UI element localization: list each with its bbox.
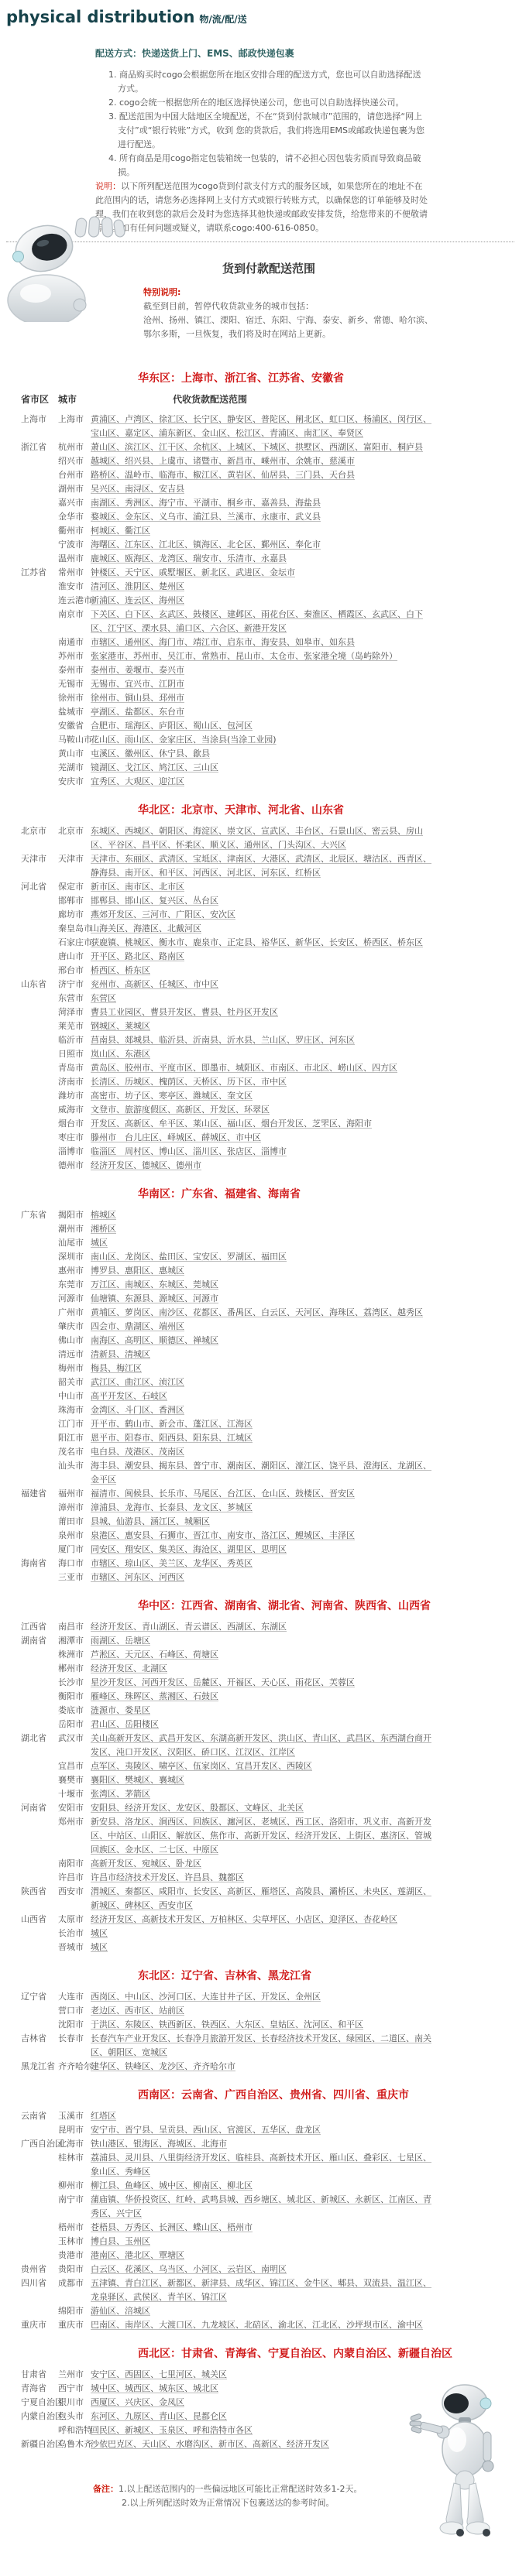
table-row: 娄底市涟源市、娄星区 xyxy=(0,1704,519,1718)
cell-city: 安徽省 xyxy=(58,719,91,733)
cell-province xyxy=(21,1264,58,1278)
cell-regions: 经济开发区、青山湖区、青云谱区、西湖区、东湖区 xyxy=(91,1620,431,1634)
cell-province xyxy=(21,950,58,964)
cell-regions: 回民区、新城区、玉泉区、呼和浩特市各区 xyxy=(91,2424,431,2437)
cell-city: 贵港市 xyxy=(58,2249,91,2263)
page-title-zh: 物/流/配/送 xyxy=(199,14,246,25)
cell-regions: 萧山区、滨江区、江干区、余杭区、上城区、下城区、拱墅区、西湖区、富阳市、桐庐县 xyxy=(91,440,431,454)
cell-province xyxy=(21,1431,58,1445)
cell-regions: 城区 xyxy=(91,1941,431,1954)
cell-regions: 点军区、夷陵区、啸亭区、伍家岗区、宜昌开发区、西陵区 xyxy=(91,1759,431,1773)
cell-regions: 关山高新开发区、武昌开发区、东湖高新开发区、洪山区、青山区、武昌区、东西湖台商开… xyxy=(91,1732,431,1759)
cell-regions: 南海区、高明区、顺德区、禅城区 xyxy=(91,1334,431,1348)
cell-province xyxy=(21,747,58,761)
cell-province xyxy=(21,608,58,635)
cell-city: 银川市 xyxy=(58,2396,91,2410)
cell-city: 南昌市 xyxy=(58,1620,91,1634)
cell-province: 山西省 xyxy=(21,1913,58,1927)
cell-province xyxy=(21,1103,58,1117)
page-title: physical distribution物/流/配/送 xyxy=(0,0,519,26)
cell-province: 黑龙江省 xyxy=(21,2060,58,2074)
cell-province xyxy=(21,2123,58,2137)
cell-city: 德州市 xyxy=(58,1159,91,1173)
cell-province xyxy=(21,580,58,594)
cell-city: 重庆市 xyxy=(58,2318,91,2332)
cell-province: 河南省 xyxy=(21,1801,58,1815)
table-row: 郴州市经济开发区、北湖区 xyxy=(0,1662,519,1676)
cell-province xyxy=(21,1571,58,1584)
cell-province: 辽宁省 xyxy=(21,1990,58,2004)
cell-province xyxy=(21,1543,58,1557)
cell-city: 宁波市 xyxy=(58,538,91,552)
cell-city: 无锡市 xyxy=(58,677,91,691)
cell-regions: 婺城区、金东区、义乌市、浦江县、兰溪市、永康市、武义县 xyxy=(91,510,431,524)
cell-city: 福州市 xyxy=(58,1487,91,1501)
cell-province: 内蒙自治区 xyxy=(21,2410,58,2424)
cell-province xyxy=(21,1718,58,1732)
cell-city: 南宁市 xyxy=(58,2193,91,2221)
cell-province xyxy=(21,468,58,482)
cell-regions: 西岗区、中山区、沙河口区、大连甘井子区、开发区、金州区 xyxy=(91,1990,431,2004)
cell-city: 连云港市 xyxy=(58,594,91,608)
cell-regions: 临淄区 周村区、博山区、淄川区、张店区、淄博市 xyxy=(91,1145,431,1159)
table-row: 邯郸市邯郸县、邯山区、复兴区、丛台区 xyxy=(0,894,519,908)
cell-city: 许昌市 xyxy=(58,1871,91,1885)
cell-province xyxy=(21,1389,58,1403)
cell-city: 郑州市 xyxy=(58,1815,91,1857)
cell-city: 三亚市 xyxy=(58,1571,91,1584)
cell-province: 海南省 xyxy=(21,1557,58,1571)
cell-regions: 博白县、玉州区 xyxy=(91,2235,431,2249)
robot-mascot-peeking-icon xyxy=(2,214,133,322)
table-row: 泉州市泉港区、惠安县、石狮市、晋江市、南安市、洛江区、鲤城区、丰泽区 xyxy=(0,1529,519,1543)
cell-regions: 渭城区、秦都区、咸阳市、长安区、高新区、雁塔区、高陵县、灞桥区、未央区、莲湖区、… xyxy=(91,1885,431,1913)
cell-city: 南通市 xyxy=(58,635,91,649)
cell-province: 四川省 xyxy=(21,2276,58,2304)
table-row: 岳阳市君山区、岳阳楼区 xyxy=(0,1718,519,1732)
note-label: 说明： xyxy=(95,181,121,191)
cell-province xyxy=(21,1117,58,1131)
cell-city: 太原市 xyxy=(58,1913,91,1927)
cell-province xyxy=(21,1941,58,1954)
cell-regions: 黄浦区、卢湾区、徐汇区、长宁区、静安区、普陀区、闸北区、虹口区、杨浦区、闵行区、… xyxy=(91,413,431,440)
table-row: 南京市下关区、白下区、玄武区、鼓楼区、建邺区、雨花台区、秦淮区、栖霞区、玄武区、… xyxy=(0,608,519,635)
cell-province xyxy=(21,691,58,705)
table-row: 漳州市漳浦县、龙海市、长泰县、龙文区、芗城区 xyxy=(0,1501,519,1515)
cell-province xyxy=(21,1676,58,1690)
table-row: 珠海市金湾区、斗门区、香洲区 xyxy=(0,1403,519,1417)
table-row: 无锡市无锡市、宜兴市、江阴市 xyxy=(0,677,519,691)
table-row: 枣庄市滕州市 台儿庄区、峄城区、薛城区、市中区 xyxy=(0,1131,519,1145)
table-row: 潍坊市高密市、坊子区、寒亭区、潍城区、奎文区 xyxy=(0,1089,519,1103)
cell-regions: 县城、仙游县、涵江区、城厢区 xyxy=(91,1515,431,1529)
table-row: 潮州市湘桥区 xyxy=(0,1222,519,1236)
cell-regions: 钟楼区、天宁区、戚墅堰区、新北区、武进区、金坛市 xyxy=(91,566,431,580)
cell-province xyxy=(21,496,58,510)
cell-city: 武汉市 xyxy=(58,1732,91,1759)
cell-regions: 开平市、鹤山市、新会市、蓬江区、江海区 xyxy=(91,1417,431,1431)
table-row: 泰州市泰州市、姜堰市、泰兴市 xyxy=(0,663,519,677)
cell-regions: 白云区、花溪区、乌当区、小河区、云岩区、南明区 xyxy=(91,2263,431,2276)
table-row: 株洲市芦淞区、天元区、石峰区、荷塘区 xyxy=(0,1648,519,1662)
table-row: 宜昌市点军区、夷陵区、啸亭区、伍家岗区、宜昌开发区、西陵区 xyxy=(0,1759,519,1773)
cell-city: 梅州市 xyxy=(58,1362,91,1375)
cell-regions: 高平开发区、石岐区 xyxy=(91,1389,431,1403)
cell-regions: 高密市、坊子区、寒亭区、潍城区、奎文区 xyxy=(91,1089,431,1103)
cell-regions: 清河区、淮阴区、楚州区 xyxy=(91,580,431,594)
table-row: 济南市长清区、历城区、槐荫区、天桥区、历下区、市中区 xyxy=(0,1075,519,1089)
cell-province: 吉林省 xyxy=(21,2032,58,2060)
cell-city: 济宁市 xyxy=(58,978,91,992)
robot-mascot-standing-icon xyxy=(409,2381,514,2540)
cell-city: 韶关市 xyxy=(58,1375,91,1389)
cell-regions: 曹县工业园区、曹县开发区、曹县、牡丹区开发区 xyxy=(91,1005,431,1019)
cell-province xyxy=(21,1648,58,1662)
cell-regions: 博罗县、惠阳区、惠城区 xyxy=(91,1264,431,1278)
cell-province: 北京市 xyxy=(21,824,58,852)
cell-province xyxy=(21,1759,58,1773)
cell-province xyxy=(21,1362,58,1375)
cell-province xyxy=(21,2151,58,2179)
cell-regions: 苍梧县、万秀区、长洲区、蝶山区、梧州市 xyxy=(91,2221,431,2235)
cell-city: 西安市 xyxy=(58,1885,91,1913)
cell-city: 威海市 xyxy=(58,1103,91,1117)
cell-regions: 老边区、西市区、站前区 xyxy=(91,2004,431,2018)
cell-city: 莆田市 xyxy=(58,1515,91,1529)
section-heading: 华东区：上海市、浙江省、江苏省、安徽省 xyxy=(138,371,519,386)
table-row: 德州市经济开发区、德城区、德州市 xyxy=(0,1159,519,1173)
cell-regions: 长清区、历城区、槐荫区、天桥区、历下区、市中区 xyxy=(91,1075,431,1089)
table-row: 福建省福州市福清市、闽候县、长乐市、马尾区、台江区、仓山区、鼓楼区、晋安区 xyxy=(0,1487,519,1501)
cell-regions: 新浦区、连云区、海州区 xyxy=(91,594,431,608)
cell-province xyxy=(21,1292,58,1306)
cell-province xyxy=(21,1815,58,1857)
cell-province: 陕西省 xyxy=(21,1885,58,1913)
physical-distribution-page: physical distribution物/流/配/送 配送方式：快递送货上门… xyxy=(0,0,519,2576)
cell-regions: 沙依巴克区、天山区、水磨沟区、新市区、高新区、经济开发区 xyxy=(91,2437,431,2451)
cell-city: 济南市 xyxy=(58,1075,91,1089)
cell-city: 江门市 xyxy=(58,1417,91,1431)
cell-province xyxy=(21,677,58,691)
cell-province xyxy=(21,1131,58,1145)
table-row: 四川省成都市五津镇、青白江区、新都区、新津县、成华区、锦江区、金牛区、郫县、双流… xyxy=(0,2276,519,2304)
table-row: 甘肃省兰州市安宁区、西固区、七里河区、城关区 xyxy=(0,2368,519,2382)
table-row: 马鞍山市花山区、雨山区、金家庄区、当涂县(当涂工业园) xyxy=(0,733,519,747)
cell-regions: 建华区、铁峰区、龙沙区、齐齐哈尔市 xyxy=(91,2060,431,2074)
table-row: 烟台市开发区、高新区、牟平区、莱山区、福山区、烟台开发区、芝罘区、海阳市 xyxy=(0,1117,519,1131)
cell-regions: 路桥区、温岭市、临海市、椒江区、黄岩区、仙居县、三门县、天台县 xyxy=(91,468,431,482)
cell-city: 玉林市 xyxy=(58,2235,91,2249)
delivery-range-table: 华东区：上海市、浙江省、江苏省、安徽省省市区城市代收货款配送范围上海市上海市黄浦… xyxy=(0,371,519,2451)
cell-province xyxy=(21,1529,58,1543)
cell-city: 绵阳市 xyxy=(58,2304,91,2318)
cell-province xyxy=(21,538,58,552)
intro-list-item: 1. 商品购买时cogo会根据您所在地区安排合理的配送方式，您也可以自助选择配送… xyxy=(108,68,428,96)
table-row: 昆明市安宁市、晋宁县、呈贡县、西山区、官渡区、五华区、盘龙区 xyxy=(0,2123,519,2137)
cell-city: 湘潭市 xyxy=(58,1634,91,1648)
cell-province: 广西自治区 xyxy=(21,2137,58,2151)
table-row: 许昌市许昌市经济技术开发区、许昌县、魏都区 xyxy=(0,1871,519,1885)
cell-province xyxy=(21,2221,58,2235)
cell-regions: 游仙区、涪城区 xyxy=(91,2304,431,2318)
section-heading: 华北区：北京市、天津市、河北省、山东省 xyxy=(138,803,519,818)
cell-city: 惠州市 xyxy=(58,1264,91,1278)
cell-regions: 铁山港区、银海区、海城区、北海市 xyxy=(91,2137,431,2151)
table-row: 威海市文登市、旅游度假区、高新区、开发区、环翠区 xyxy=(0,1103,519,1117)
cell-regions: 岚山区、东港区 xyxy=(91,1047,431,1061)
table-row: 南通市市辖区、通州区、海门市、靖江市、启东市、海安县、如皋市、如东县 xyxy=(0,635,519,649)
cell-city: 泉州市 xyxy=(58,1529,91,1543)
cell-city: 珠海市 xyxy=(58,1403,91,1417)
intro-list-item: 4. 所有商品是用cogo指定包装箱统一包装的，请不必担心因包装劣质而导致商品破… xyxy=(108,152,428,180)
cell-regions: 黄埔区、萝岗区、南沙区、花都区、番禺区、白云区、天河区、海珠区、荔湾区、越秀区 xyxy=(91,1306,431,1320)
cell-city: 邯郸市 xyxy=(58,894,91,908)
cell-city: 呼和浩特 xyxy=(58,2424,91,2437)
cell-city: 潍坊市 xyxy=(58,1089,91,1103)
cell-city: 上海市 xyxy=(58,413,91,440)
table-row: 连云港市新浦区、连云区、海州区 xyxy=(0,594,519,608)
cell-province xyxy=(21,775,58,789)
cell-province: 福建省 xyxy=(21,1487,58,1501)
cell-city: 昆明市 xyxy=(58,2123,91,2137)
cell-province xyxy=(21,1927,58,1941)
cell-city: 日照市 xyxy=(58,1047,91,1061)
cell-city: 襄樊市 xyxy=(58,1773,91,1787)
cell-city: 衡阳市 xyxy=(58,1690,91,1704)
cell-province xyxy=(21,1019,58,1033)
cell-province xyxy=(21,719,58,733)
cell-city: 安庆市 xyxy=(58,775,91,789)
cell-province: 浙江省 xyxy=(21,440,58,454)
cell-city: 齐齐哈尔 xyxy=(58,2060,91,2074)
cell-regions: 仙塘镇、东源县、源城区、河源市 xyxy=(91,1292,431,1306)
table-row: 临沂市莒南县、郯城县、临沂县、沂南县、沂水县、兰山区、罗庄区、河东区 xyxy=(0,1033,519,1047)
cell-regions: 蒲庙镇、华侨投资区、红岭、武鸣县城、西乡塘区、城北区、新城区、永新区、江南区、青… xyxy=(91,2193,431,2221)
cell-city: 乌鲁木齐 xyxy=(58,2437,91,2451)
cell-province: 云南省 xyxy=(21,2109,58,2123)
cell-regions: 巴南区、南岸区、大渡口区、九龙坡区、北碚区、渝北区、江北区、沙坪坝市区、渝中区 xyxy=(91,2318,431,2332)
column-header-range: 代收货款配送范围 xyxy=(91,392,431,406)
cell-regions: 雨湖区、岳塘区 xyxy=(91,1634,431,1648)
cell-city: 潮州市 xyxy=(58,1222,91,1236)
cell-province xyxy=(21,2304,58,2318)
cell-city: 深圳市 xyxy=(58,1250,91,1264)
cell-province: 宁夏自治区 xyxy=(21,2396,58,2410)
cell-city: 安阳市 xyxy=(58,1801,91,1815)
table-row: 晋城市城区 xyxy=(0,1941,519,1954)
cell-city: 南京市 xyxy=(58,608,91,635)
cell-province xyxy=(21,649,58,663)
table-row: 衡阳市雁峰区、珠晖区、蒸湘区、石鼓区 xyxy=(0,1690,519,1704)
intro-list-item: 2. cogo会统一根据您所在的地区选择快递公司，您也可以自助选择快递公司。 xyxy=(108,96,428,110)
cell-regions: 清新县、清城区 xyxy=(91,1348,431,1362)
cell-province xyxy=(21,894,58,908)
table-row: 广州市黄埔区、萝岗区、南沙区、花都区、番禺区、白云区、天河区、海珠区、荔湾区、越… xyxy=(0,1306,519,1320)
table-row: 长治市城区 xyxy=(0,1927,519,1941)
cell-province xyxy=(21,1033,58,1047)
cell-regions: 新市区、南市区、北市区 xyxy=(91,880,431,894)
cell-regions: 城区 xyxy=(91,1927,431,1941)
cell-province xyxy=(21,1159,58,1173)
cell-regions: 东河区、九原区、青山区、昆都仑区 xyxy=(91,2410,431,2424)
cell-province: 湖北省 xyxy=(21,1732,58,1759)
cell-province xyxy=(21,510,58,524)
table-row: 韶关市武江区、曲江区、浈江区 xyxy=(0,1375,519,1389)
table-row: 淄博市临淄区 周村区、博山区、淄川区、张店区、淄博市 xyxy=(0,1145,519,1159)
cell-city: 徐州市 xyxy=(58,691,91,705)
cell-city: 枣庄市 xyxy=(58,1131,91,1145)
table-row: 梧州市苍梧县、万秀区、长洲区、蝶山区、梧州市 xyxy=(0,2221,519,2235)
cell-city: 盐城市 xyxy=(58,705,91,719)
cell-city: 汕头市 xyxy=(58,1459,91,1487)
cell-regions: 经济开发区、德城区、德州市 xyxy=(91,1159,431,1173)
cell-regions: 莒南县、郯城县、临沂县、沂南县、沂水县、兰山区、罗庄区、河东区 xyxy=(91,1033,431,1047)
table-row: 芜湖市镜湖区、戈江区、鸠江区、三山区 xyxy=(0,761,519,775)
cell-regions: 市辖区、通州区、海门市、靖江市、启东市、海安县、如皋市、如东县 xyxy=(91,635,431,649)
cell-regions: 许昌市经济技术开发区、许昌县、魏都区 xyxy=(91,1871,431,1885)
table-row: 惠州市博罗县、惠阳区、惠城区 xyxy=(0,1264,519,1278)
cell-province xyxy=(21,2235,58,2249)
table-row: 江门市开平市、鹤山市、新会市、蓬江区、江海区 xyxy=(0,1417,519,1431)
cell-province xyxy=(21,1871,58,1885)
cell-city: 温州市 xyxy=(58,552,91,566)
cell-regions: 恩平市、阳春市、阳西县、阳东县、江城区 xyxy=(91,1431,431,1445)
table-row: 贵州省贵阳市白云区、花溪区、乌当区、小河区、云岩区、南明区 xyxy=(0,2263,519,2276)
cell-regions: 福清市、闽候县、长乐市、马尾区、台江区、仓山区、鼓楼区、晋安区 xyxy=(91,1487,431,1501)
table-row: 青岛市黄岛区、胶州市、平度市区、即墨市、城阳区、市南区、市北区、崂山区、四方区 xyxy=(0,1061,519,1075)
cell-province: 贵州省 xyxy=(21,2263,58,2276)
table-row: 浙江省杭州市萧山区、滨江区、江干区、余杭区、上城区、下城区、拱墅区、西湖区、富阳… xyxy=(0,440,519,454)
cell-province xyxy=(21,1773,58,1787)
cell-city: 晋城市 xyxy=(58,1941,91,1954)
cell-city: 杭州市 xyxy=(58,440,91,454)
cell-province xyxy=(21,1690,58,1704)
cell-city: 漳州市 xyxy=(58,1501,91,1515)
special-note-line: 鄂尔多斯，一旦恢复，我们将及时在网站上更新。 xyxy=(143,327,484,341)
special-note-lines: 截至到目前，暂停代收货款业务的城市包括：沧州、扬州、镇江、溧阳、宿迁、东阳、宁海… xyxy=(143,300,484,341)
cell-regions: 天津市、东丽区、武清区、宝坻区、津南区、大港区、武清区、北辰区、塘沽区、西青区、… xyxy=(91,852,431,880)
cell-regions: 开发区、高新区、牟平区、莱山区、福山区、烟台开发区、芝罘区、海阳市 xyxy=(91,1117,431,1131)
cell-city: 北海市 xyxy=(58,2137,91,2151)
cell-province xyxy=(21,1445,58,1459)
table-row: 湖南省湘潭市雨湖区、岳塘区 xyxy=(0,1634,519,1648)
cell-city: 茂名市 xyxy=(58,1445,91,1459)
cell-province xyxy=(21,1501,58,1515)
table-row: 徐州市徐州市、铜山县、邳州市 xyxy=(0,691,519,705)
cell-province xyxy=(21,1278,58,1292)
cell-city: 宜昌市 xyxy=(58,1759,91,1773)
table-row: 廊坊市燕郊开发区、三河市、广阳区、安次区 xyxy=(0,908,519,922)
cell-regions: 合肥市、瑶海区、庐阳区、蜀山区、包河区 xyxy=(91,719,431,733)
table-row: 十堰市张湾区、茅箭区 xyxy=(0,1787,519,1801)
cell-regions: 港南区、港北区、覃塘区 xyxy=(91,2249,431,2263)
table-row: 莱芜市钢城区、莱城区 xyxy=(0,1019,519,1033)
cell-regions: 安阳县、经济开发区、龙安区、殷都区、文峰区、北关区 xyxy=(91,1801,431,1815)
cell-regions: 获鹿镇、桃城区、衡水市、鹿泉市、正定县、裕华区、新华区、长安区、桥西区、桥东区 xyxy=(91,936,431,950)
cell-province xyxy=(21,1005,58,1019)
cell-city: 岳阳市 xyxy=(58,1718,91,1732)
cell-regions: 东城区、西城区、朝阳区、海淀区、崇文区、宣武区、丰台区、石景山区、密云县、房山区… xyxy=(91,824,431,852)
cell-city: 金华市 xyxy=(58,510,91,524)
cell-regions: 屯溪区、徽州区、休宁县、歙县 xyxy=(91,747,431,761)
cell-province xyxy=(21,1348,58,1362)
cell-city: 淄博市 xyxy=(58,1145,91,1159)
cell-regions: 襄阳区、樊城区、襄城区 xyxy=(91,1773,431,1787)
cell-province xyxy=(21,2249,58,2263)
cell-city: 贵阳市 xyxy=(58,2263,91,2276)
cell-province xyxy=(21,2179,58,2193)
cell-regions: 涟源市、娄星区 xyxy=(91,1704,431,1718)
cell-province xyxy=(21,2424,58,2437)
cell-province xyxy=(21,1403,58,1417)
table-row: 玉林市博白县、玉州区 xyxy=(0,2235,519,2249)
cell-province: 江西省 xyxy=(21,1620,58,1634)
cell-province xyxy=(21,1061,58,1075)
table-row: 河北省保定市新市区、南市区、北市区 xyxy=(0,880,519,894)
cell-city: 常州市 xyxy=(58,566,91,580)
cell-regions: 安宁区、西固区、七里河区、城关区 xyxy=(91,2368,431,2382)
cell-regions: 张湾区、茅箭区 xyxy=(91,1787,431,1801)
cell-city: 淮安市 xyxy=(58,580,91,594)
table-row: 黄山市屯溪区、徽州区、休宁县、歙县 xyxy=(0,747,519,761)
section-heading: 西北区：甘肃省、青海省、宁夏自治区、内蒙自治区、新疆自治区 xyxy=(138,2346,519,2362)
cell-city: 玉溪市 xyxy=(58,2109,91,2123)
cell-city: 东营市 xyxy=(58,992,91,1005)
cell-regions: 泉港区、惠安县、石狮市、晋江市、南安市、洛江区、鲤城区、丰泽区 xyxy=(91,1529,431,1543)
cell-regions: 开平区、路北区、路南区 xyxy=(91,950,431,964)
intro-section: 配送方式：快递送货上门、EMS、邮政快递包裹 1. 商品购买时cogo会根据您所… xyxy=(95,46,428,235)
section-heading: 东北区：辽宁省、吉林省、黑龙江省 xyxy=(138,1968,519,1984)
cell-regions: 雁峰区、珠晖区、蒸湘区、石鼓区 xyxy=(91,1690,431,1704)
cell-province xyxy=(21,964,58,978)
table-row: 莆田市县城、仙游县、涵江区、城厢区 xyxy=(0,1515,519,1529)
section-heading: 华南区：广东省、福建省、海南省 xyxy=(138,1187,519,1202)
cell-regions: 红塔区 xyxy=(91,2109,431,2123)
cell-province xyxy=(21,2004,58,2018)
cell-province: 河北省 xyxy=(21,880,58,894)
cell-city: 海口市 xyxy=(58,1557,91,1571)
table-row: 襄樊市襄阳区、樊城区、襄城区 xyxy=(0,1773,519,1787)
cell-city: 石家庄市 xyxy=(58,936,91,950)
cell-province xyxy=(21,552,58,566)
cell-regions: 于洪区、东陵区、铁西新区、铁西区、大东区、皇姑区、沈河区、和平区 xyxy=(91,2018,431,2032)
cell-regions: 柯城区、衢江区 xyxy=(91,524,431,538)
cell-city: 黄山市 xyxy=(58,747,91,761)
cell-regions: 文登市、旅游度假区、高新区、开发区、环翠区 xyxy=(91,1103,431,1117)
table-row: 东营市东营区 xyxy=(0,992,519,1005)
cell-city: 青岛市 xyxy=(58,1061,91,1075)
cell-regions: 桥西区、桥东区 xyxy=(91,964,431,978)
cell-regions: 南湖区、秀洲区、海宁市、平湖市、桐乡市、嘉善县、海盐县 xyxy=(91,496,431,510)
table-row: 衢州市柯城区、衢江区 xyxy=(0,524,519,538)
cell-regions: 漳浦县、龙海市、长泰县、龙文区、芗城区 xyxy=(91,1501,431,1515)
cell-province: 天津市 xyxy=(21,852,58,880)
cell-city: 沈阳市 xyxy=(58,2018,91,2032)
cell-regions: 山海关区、海港区、北戴河区 xyxy=(91,922,431,936)
cell-regions: 张家港市、苏州市、吴江市、常熟市、昆山市、太仓市、张家港全境（岛屿除外） xyxy=(91,649,431,663)
table-row: 长沙市星沙开发区、河西开发区、岳麓区、开福区、天心区、雨花区、芙蓉区 xyxy=(0,1676,519,1690)
cell-province xyxy=(21,1857,58,1871)
cell-province xyxy=(21,1222,58,1236)
cell-city: 廊坊市 xyxy=(58,908,91,922)
cell-city: 马鞍山市 xyxy=(58,733,91,747)
table-row: 辽宁省大连市西岗区、中山区、沙河口区、大连甘井子区、开发区、金州区 xyxy=(0,1990,519,2004)
cell-regions: 城区 xyxy=(91,1236,431,1250)
section-heading: 华中区：江西省、湖南省、湖北省、河南省、陕西省、山西省 xyxy=(138,1598,519,1614)
cell-province xyxy=(21,1787,58,1801)
cell-city: 南阳市 xyxy=(58,1857,91,1871)
table-row: 茂名市电白县、茂港区、茂南区 xyxy=(0,1445,519,1459)
